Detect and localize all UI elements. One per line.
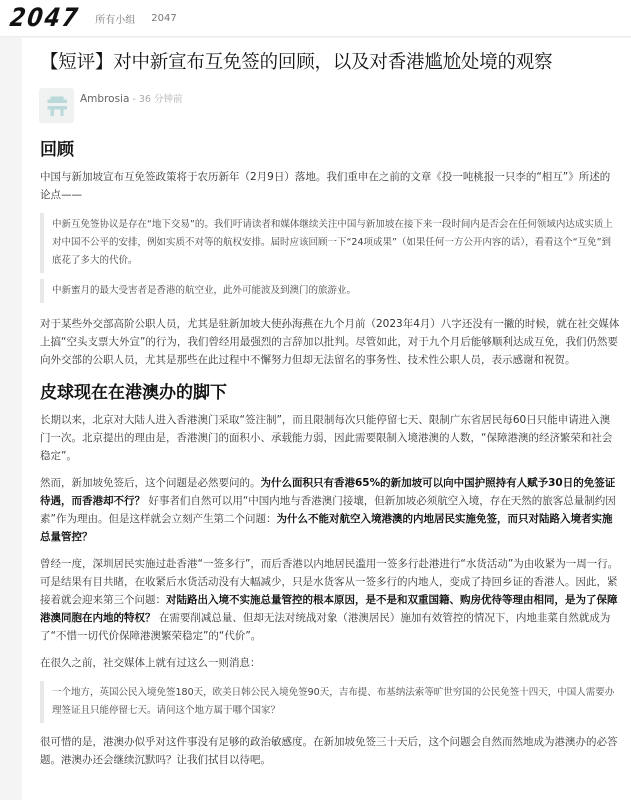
paragraph: 中国与新加坡宣布互免签政策将于农历新年（2月9日）落地。我们重申在之前的文章《投… xyxy=(40,168,620,204)
top-bar: 2047 所有小组 2047 xyxy=(0,0,631,37)
paragraph: 然而，新加坡免签后，这个问题是必然要问的。为什么面积只有香港65%的新加坡可以向… xyxy=(40,474,620,546)
blockquote: 中新蜜月的最大受害者是香港的航空业，此外可能波及到澳门的旅游业。 xyxy=(40,279,620,303)
section-heading-hkmao: 皮球现在在港澳办的脚下 xyxy=(40,378,620,403)
site-logo[interactable]: 2047 xyxy=(8,4,81,33)
nav-all-groups[interactable]: 所有小组 xyxy=(95,11,135,26)
paragraph: 曾经一度，深圳居民实施过赴香港“一签多行”，而后香港以内地居民滥用一签多行赴港进… xyxy=(40,555,620,645)
blockquote: 中新互免签协议是存在“地下交易”的。我们吁请读者和媒体继续关注中国与新加坡在接下… xyxy=(40,213,620,273)
post-meta: Ambrosia - 36 分钟前 xyxy=(80,91,183,123)
blockquote: 一个地方，英国公民入境免签180天，欧美日韩公民入境免签90天，吉布提、布基纳法… xyxy=(40,681,620,723)
post-time: 36 分钟前 xyxy=(139,94,183,105)
author-row: Ambrosia - 36 分钟前 xyxy=(39,88,183,123)
paragraph: 在很久之前，社交媒体上就有过这么一则消息： xyxy=(40,654,620,672)
paragraph: 对于某些外交部高阶公职人员，尤其是驻新加坡大使孙海燕在九个月前（2023年4月）… xyxy=(40,315,620,369)
avatar[interactable] xyxy=(39,88,74,123)
post-card: 【短评】对中新宣布互免签的回顾，以及对香港尴尬处境的观察 Ambrosia - … xyxy=(22,38,631,800)
section-heading-review: 回顾 xyxy=(40,135,620,160)
avatar-pixel-icon xyxy=(44,93,70,119)
author-name[interactable]: Ambrosia xyxy=(80,93,129,105)
nav-2047[interactable]: 2047 xyxy=(151,13,176,24)
post-body: 回顾 中国与新加坡宣布互免签政策将于农历新年（2月9日）落地。我们重申在之前的文… xyxy=(40,135,620,778)
paragraph: 很可惜的是，港澳办似乎对这件事没有足够的政治敏感度。在新加坡免签三十天后，这个问… xyxy=(40,733,620,769)
paragraph: 长期以来，北京对大陆人进入香港澳门采取“签注制”，而且限制每次只能停留七天、限制… xyxy=(40,411,620,465)
post-title: 【短评】对中新宣布互免签的回顾，以及对香港尴尬处境的观察 xyxy=(40,48,552,74)
